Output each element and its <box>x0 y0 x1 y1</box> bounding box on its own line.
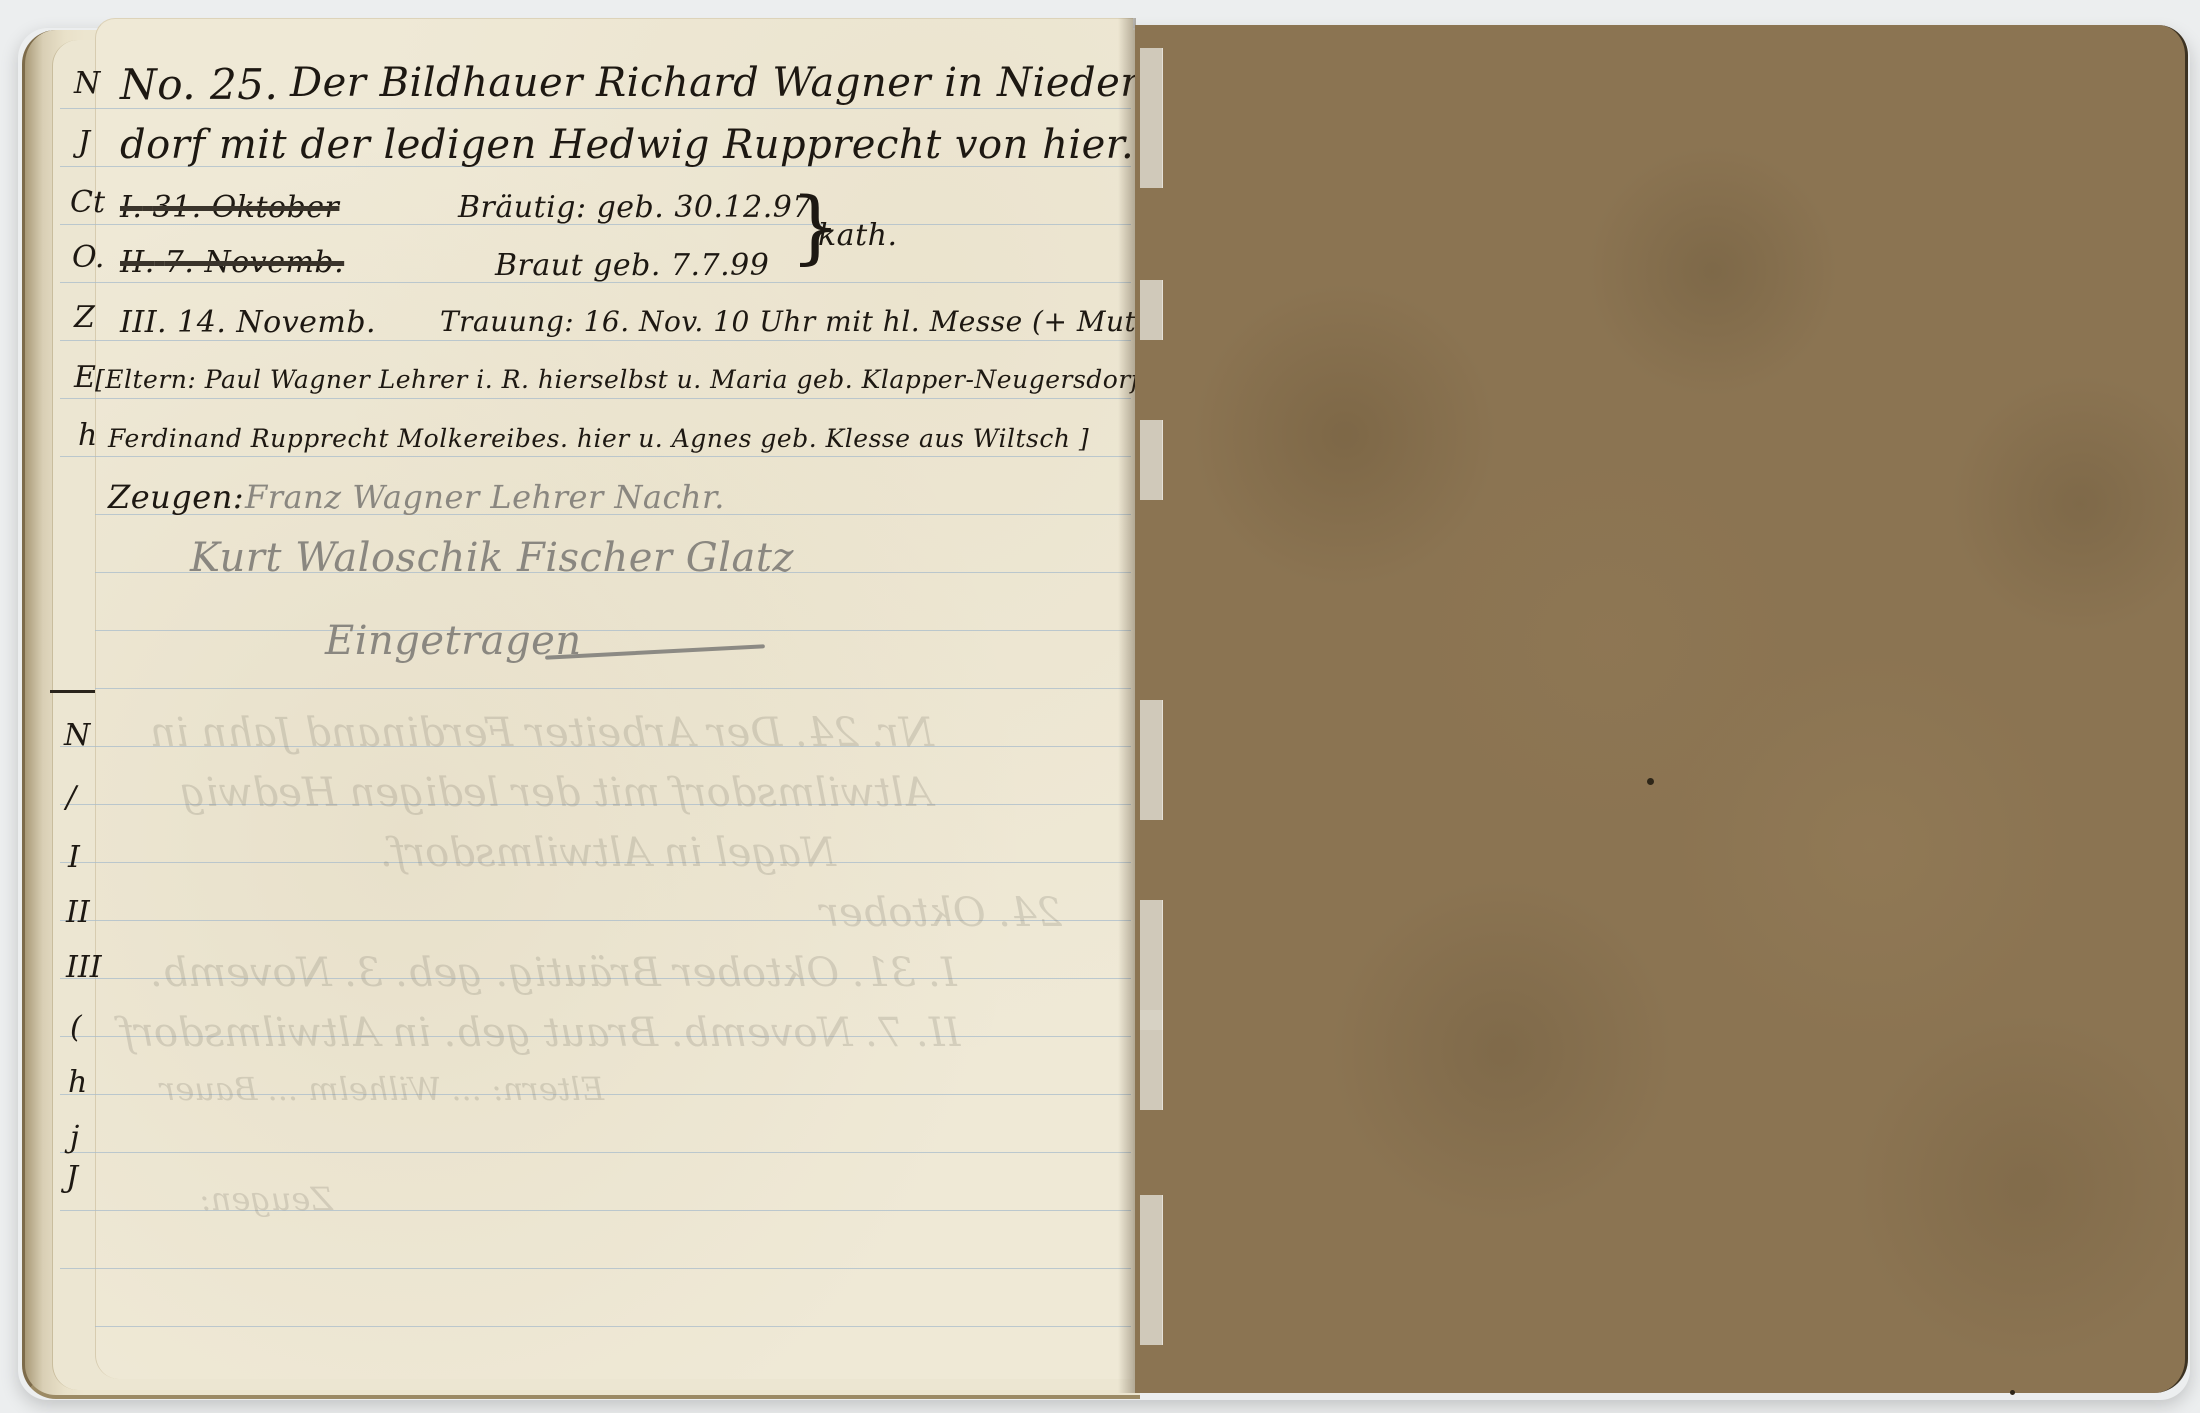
back-cover <box>1135 25 2188 1393</box>
banns-2: II. 7. Novemb. <box>120 245 344 280</box>
witness-2: Kurt Waloschik Fischer Glatz <box>190 535 794 581</box>
witness-1: Franz Wagner Lehrer Nachr. <box>245 478 725 516</box>
cover-spot <box>1647 778 1654 785</box>
banns-3: III. 14. Novemb. <box>120 305 376 340</box>
entry-number: No. 25. <box>120 60 278 109</box>
parents-line-1: [Eltern: Paul Wagner Lehrer i. R. hierse… <box>95 365 1141 394</box>
section-divider <box>50 690 95 693</box>
parents-line-2: Ferdinand Rupprecht Molkereibes. hier u.… <box>108 424 1089 453</box>
signature: Eingetragen <box>325 618 582 664</box>
wedding-details: Trauung: 16. Nov. 10 Uhr mit hl. Messe (… <box>440 305 1190 338</box>
religion: kath. <box>818 218 897 253</box>
cover-spot <box>2010 1390 2015 1395</box>
witnesses-label: Zeugen: <box>108 478 244 516</box>
entry-line-2: dorf mit der ledigen Hedwig Rupprecht vo… <box>120 122 1134 168</box>
banns-1: I. 31. Oktober <box>120 190 339 225</box>
groom-birth: Bräutig: geb. 30.12.97 <box>458 190 812 225</box>
gutter-shadow <box>1118 18 1136 1393</box>
bride-birth: Braut geb. 7.7.99 <box>495 248 769 283</box>
